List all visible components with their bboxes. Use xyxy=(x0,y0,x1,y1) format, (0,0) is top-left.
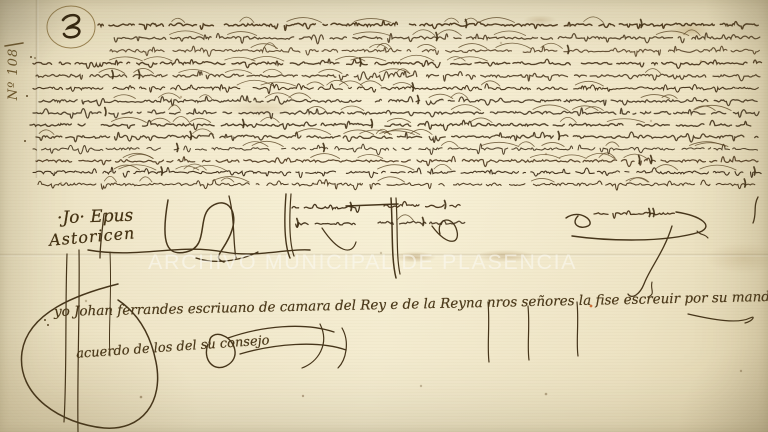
archive-watermark: ARCHIVO MUNICIPAL DE PLASENCIA xyxy=(148,250,577,275)
handwriting-stroke xyxy=(311,154,340,159)
manuscript-handwriting xyxy=(30,17,762,228)
handwriting-stroke xyxy=(387,118,410,122)
handwriting-stroke xyxy=(39,96,757,106)
handwriting-stroke xyxy=(104,176,116,182)
handwriting-stroke xyxy=(606,142,619,147)
handwriting-stroke xyxy=(480,18,514,23)
handwriting-stroke xyxy=(252,56,284,61)
handwriting-stroke xyxy=(30,120,761,130)
handwriting-stroke xyxy=(411,129,433,134)
archive-number-label: Nº 108 xyxy=(6,44,22,104)
handwriting-stroke xyxy=(530,154,560,158)
handwriting-stroke xyxy=(33,59,762,68)
handwriting-stroke xyxy=(371,120,372,128)
handwriting-stroke xyxy=(39,130,54,135)
handwriting-stroke xyxy=(575,81,603,86)
handwriting-stroke xyxy=(36,71,760,81)
handwriting-stroke xyxy=(184,164,206,170)
handwriting-stroke xyxy=(560,117,576,122)
handwriting-stroke xyxy=(134,68,154,73)
handwriting-stroke xyxy=(341,106,364,111)
handwriting-stroke xyxy=(482,142,519,146)
handwriting-stroke xyxy=(307,82,324,86)
handwriting-stroke xyxy=(533,105,568,111)
handwriting-stroke xyxy=(641,20,642,28)
handwriting-stroke xyxy=(531,178,554,182)
handwriting-stroke xyxy=(140,177,152,182)
ink-specks xyxy=(0,0,2,2)
handwriting-stroke xyxy=(445,18,459,22)
handwriting-stroke xyxy=(33,167,761,177)
handwriting-stroke xyxy=(172,18,185,22)
handwriting-stroke xyxy=(558,132,559,140)
handwriting-stroke xyxy=(645,69,660,74)
handwriting-stroke xyxy=(418,96,419,104)
handwriting-stroke xyxy=(655,165,677,170)
handwriting-stroke xyxy=(560,155,587,159)
handwriting-stroke xyxy=(225,70,252,74)
handwriting-stroke xyxy=(519,142,534,147)
manuscript-page: Nº 108 ·Jo· Epus Astoricen yo Johan ferr… xyxy=(0,0,768,432)
handwriting-stroke xyxy=(177,144,178,152)
handwriting-stroke xyxy=(542,142,564,146)
handwriting-stroke xyxy=(297,219,298,227)
handwriting-stroke xyxy=(459,44,487,49)
handwriting-stroke xyxy=(413,30,435,36)
handwriting-stroke xyxy=(353,32,390,36)
handwriting-stroke xyxy=(429,94,453,98)
handwriting-stroke xyxy=(33,108,759,119)
handwriting-stroke xyxy=(418,44,436,48)
handwriting-stroke xyxy=(33,83,758,93)
handwriting-stroke xyxy=(639,156,640,164)
handwriting-stroke xyxy=(170,31,204,36)
handwriting-stroke xyxy=(263,69,282,73)
handwriting-stroke xyxy=(169,105,181,111)
margin-marks xyxy=(24,56,49,326)
handwriting-stroke xyxy=(240,17,254,22)
handwriting-stroke xyxy=(33,144,758,155)
handwriting-stroke xyxy=(261,117,280,122)
handwriting-stroke xyxy=(653,209,654,217)
handwriting-stroke xyxy=(451,93,468,99)
handwriting-stroke xyxy=(434,164,451,170)
handwriting-stroke xyxy=(110,57,143,61)
handwriting-stroke xyxy=(114,95,135,99)
handwriting-stroke xyxy=(351,57,386,61)
handwriting-stroke xyxy=(129,154,153,158)
handwriting-stroke xyxy=(225,57,255,61)
handwriting-stroke xyxy=(481,81,500,86)
signature-5-flourish xyxy=(566,212,706,297)
handwriting-stroke xyxy=(98,21,758,31)
handwriting-stroke xyxy=(190,132,191,140)
handwriting-stroke xyxy=(221,178,234,182)
handwriting-stroke xyxy=(594,211,674,218)
handwriting-stroke xyxy=(287,18,322,23)
handwriting-stroke xyxy=(607,119,644,123)
handwriting-stroke xyxy=(151,118,170,122)
handwriting-stroke xyxy=(451,105,480,111)
handwriting-stroke xyxy=(378,165,415,170)
handwriting-stroke xyxy=(436,33,437,41)
signature-3-flourish xyxy=(285,194,356,258)
handwriting-stroke xyxy=(36,132,758,142)
handwriting-stroke xyxy=(471,118,492,123)
handwriting-stroke xyxy=(466,20,467,28)
edge-marks xyxy=(697,197,758,238)
handwriting-stroke xyxy=(327,80,348,86)
handwriting-stroke xyxy=(624,154,647,158)
handwriting-stroke xyxy=(358,154,383,158)
handwriting-stroke xyxy=(494,31,525,36)
handwriting-stroke xyxy=(626,178,648,182)
handwriting-stroke xyxy=(191,118,211,122)
handwriting-stroke xyxy=(398,215,414,221)
handwriting-stroke xyxy=(651,156,652,164)
handwriting-stroke xyxy=(319,69,342,73)
handwriting-stroke xyxy=(700,165,736,170)
handwriting-stroke xyxy=(179,70,209,74)
handwriting-stroke xyxy=(296,223,356,228)
handwriting-stroke xyxy=(295,129,331,135)
handwriting-stroke xyxy=(144,57,172,61)
handwriting-stroke xyxy=(289,93,311,99)
handwriting-stroke xyxy=(243,120,244,128)
handwriting-stroke xyxy=(584,17,604,23)
handwriting-stroke xyxy=(393,82,412,86)
handwriting-stroke xyxy=(378,177,405,182)
handwriting-stroke xyxy=(161,167,162,175)
handwriting-stroke xyxy=(568,46,569,54)
handwriting-stroke xyxy=(744,179,745,187)
handwriting-stroke xyxy=(360,81,381,86)
handwriting-stroke xyxy=(423,218,424,226)
handwriting-stroke xyxy=(228,32,257,36)
handwriting-stroke xyxy=(354,19,391,23)
initial-monogram xyxy=(47,6,95,48)
handwriting-stroke xyxy=(754,167,755,175)
handwriting-stroke xyxy=(105,108,106,116)
handwriting-stroke xyxy=(400,55,434,61)
handwriting-stroke xyxy=(441,141,458,146)
handwriting-stroke xyxy=(173,116,189,122)
handwriting-stroke xyxy=(438,30,462,36)
handwriting-stroke xyxy=(496,43,531,48)
handwriting-stroke xyxy=(112,71,113,79)
